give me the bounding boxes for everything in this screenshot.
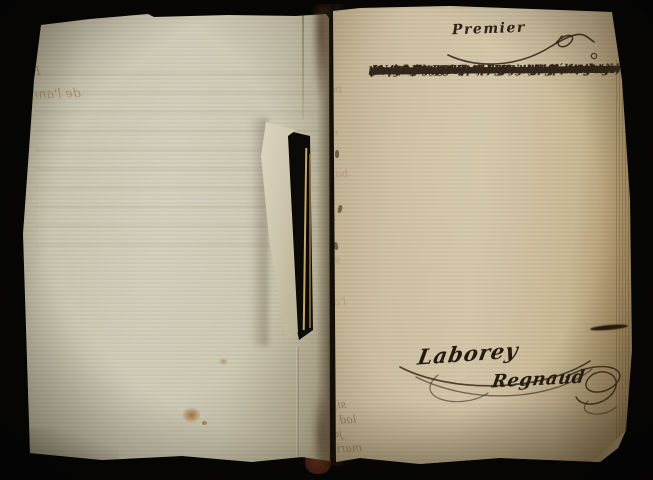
manuscript-line: Lieutenant general aux Bailliage et (372, 63, 573, 76)
ink-speck (337, 205, 343, 214)
gutter-stain (312, 392, 330, 464)
fore-edge-leaves (616, 60, 631, 448)
ink-stain (183, 408, 200, 422)
corner-fold (582, 420, 630, 465)
paper-crease (302, 15, 304, 119)
manuscript-line: presidial de Besançon avons cotté et (370, 62, 578, 78)
manuscript-line: et dernier feuilles pour servir au sieur… (375, 62, 606, 78)
manuscript-line: curé de la Paroisse de Ruecy a y enregis… (372, 63, 621, 76)
manuscript-line: le cour de mil sept cent cinquante seule… (372, 61, 629, 77)
ink-stain (219, 358, 228, 365)
manuscript-line: donné à Besançon le trente un decembre (374, 62, 607, 78)
left-page-bleedthrough-line: de l'année 1750 (0, 84, 106, 104)
left-page-bleedthrough-line: Registre de Ruecy (0, 62, 81, 87)
manuscript-line: Joseph Regnaud commis greffier aud siege… (372, 63, 619, 76)
ink-stain (202, 421, 207, 425)
manuscript-line: en temoignage de quoy nous avons signé (372, 63, 604, 76)
right-page: parrain et marraine de lad paroisse en p… (332, 5, 634, 467)
manuscript-line: paraphé le present registre contenant hu… (372, 63, 615, 76)
manuscript-line: les presentes et fait contresigner par A… (368, 61, 627, 77)
paper-crease (296, 347, 299, 463)
signature: Regnaud (490, 366, 586, 392)
page-shadow (24, 428, 119, 462)
manuscript-line: Ecuyer Conseiller du Roy president premi… (372, 62, 621, 78)
manuscript-text-block: Nous Jean Etienne frederic la Bord Ecuye… (372, 62, 613, 64)
header-flourish (444, 29, 604, 74)
signature-paraph (558, 357, 633, 417)
signature: Laborey (416, 337, 521, 369)
page-title: Premier (452, 20, 526, 39)
manuscript-line: mil sept cent quarante neuf (379, 63, 537, 76)
manuscript-line: parviendront dans lad. Paroisse pendant (369, 63, 599, 76)
binding-thread (309, 154, 311, 328)
ink-speck (335, 150, 339, 158)
manuscript-line: Nous Jean Etienne frederic la Bord (378, 63, 577, 76)
manuscript-line: les Baptesmes, Mariages et Sepultures qu… (377, 62, 620, 78)
manuscript-scan: Registre de Ruecy de l'année 1750 parrai… (0, 0, 653, 480)
signature-flourish (392, 347, 602, 417)
gutter-stain (312, 6, 330, 98)
ink-dash (590, 323, 628, 331)
